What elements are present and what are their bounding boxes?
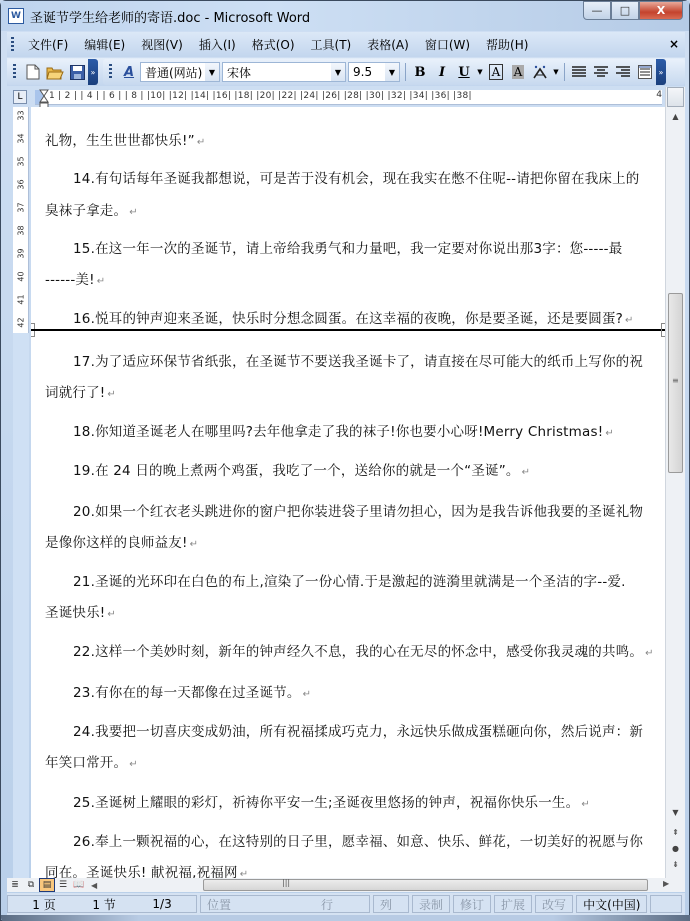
paragraph-mark: ↵ [581,799,590,810]
arrow-down-icon: ▼ [672,808,678,817]
phonetic-guide-icon [532,65,548,79]
chevron-down-icon: ▼ [553,68,558,76]
hanging-indent-marker[interactable] [39,89,49,109]
status-column: 列 [380,896,392,913]
right-indent-marker[interactable]: 4 [656,90,662,100]
align-right-button[interactable] [612,61,634,83]
doc-line: 21.圣诞的光环印在白色的布上,渲染了一份心情.于是激起的涟漪里就满是一个圣洁的… [73,570,626,590]
align-center-button[interactable] [590,61,612,83]
bold-button[interactable]: B [409,61,431,83]
align-right-icon [616,66,630,78]
normal-view-button[interactable]: ≣ [7,878,23,892]
arrow-left-icon: ◀ [91,881,97,890]
horizontal-scroll-thumb[interactable]: ||| [203,879,648,891]
paragraph-mark: ↵ [605,428,614,439]
overtype-indicator[interactable]: 改写 [535,895,573,913]
paragraph-mark: ↵ [190,539,199,550]
horizontal-ruler[interactable]: 1 | 2 | | 4 | | 6 | | 8 | |10| |12| |14|… [35,90,662,105]
doc-line: 22.这样一个美妙时刻，新年的钟声经久不息，我的心在无尽的怀念中，感受你我灵魂的… [73,640,654,660]
doc-line: 14.有句话每年圣诞我都想说，可是苦于没有机会，现在我实在憋不住呢--请把你留在… [73,167,640,187]
paragraph-mark: ↵ [645,648,654,659]
menu-format[interactable]: 格式(O) [244,36,303,53]
print-layout-icon: ▤ [43,880,52,890]
grip-icon: ||| [282,878,290,887]
record-macro-indicator[interactable]: 录制 [412,895,450,913]
language-indicator[interactable]: 中文(中国) [576,895,647,913]
paragraph-mark: ↵ [522,467,531,478]
close-icon: X [657,4,665,17]
status-section: 1 节 [92,896,115,913]
doc-line: 词就行了!↵ [45,381,116,401]
word-app-icon[interactable]: W [8,8,24,24]
save-disk-icon [70,65,85,80]
doc-line: 年笑口常开。↵ [45,751,138,771]
font-size-value: 9.5 [353,65,372,79]
arrow-right-icon: ▶ [663,879,669,888]
doc-line: 15.在这一年一次的圣诞节，请上帝给我勇气和力量吧，我一定要对你说出那3字：您-… [73,237,622,257]
doc-line: 圣诞快乐!↵ [45,601,116,621]
distributed-align-icon [638,65,652,79]
ruler-ticks: 1 | 2 | | 4 | | 6 | | 8 | |10| |12| |14|… [49,91,472,101]
vruler-number: 41 [17,293,26,307]
doc-line: 25.圣诞树上耀眼的彩灯，祈祷你平安一生;圣诞夜里悠扬的钟声，祝福你快乐一生。↵ [73,791,590,811]
normal-view-icon: ≣ [11,880,19,890]
toolbar-separator [564,63,565,81]
outline-view-button[interactable]: ☰ [55,878,71,892]
position-info: 位置 行 [200,895,370,913]
doc-line: 是像你这样的良师益友!↵ [45,531,198,551]
grip-icon: ≡ [672,376,679,385]
open-button[interactable] [44,61,66,83]
split-box-handle[interactable] [667,87,684,107]
paragraph-mark: ↵ [129,759,138,770]
page-info: 1 页 1 节 1/3 [7,895,197,913]
character-border-button[interactable]: A [485,61,507,83]
menu-insert[interactable]: 插入(I) [191,36,244,53]
new-document-icon [26,64,40,80]
menu-help[interactable]: 帮助(H) [478,36,536,53]
menu-edit[interactable]: 编辑(E) [76,36,133,53]
scroll-right-button[interactable]: ▶ [663,879,669,888]
styles-and-formatting-button[interactable]: A [118,61,140,83]
vertical-ruler[interactable]: 33 34 35 36 37 38 39 40 41 42 [13,107,29,333]
vruler-number: 33 [17,109,26,123]
doc-line: 18.你知道圣诞老人在哪里吗?去年他拿走了我的袜子!你也要小心呀!Merry C… [73,420,614,440]
char-border-icon: A [489,64,504,80]
status-empty-cell [650,895,682,913]
toolbar: » A 普通(网站) ▼ 宋体 ▼ 9.5 ▼ B I U ▼ A [7,58,685,86]
doc-line: 17.为了适应环保节省纸张，在圣诞节不要送我圣诞卡了，请直接在尽可能大的纸币上写… [73,350,643,370]
vruler-number: 39 [17,247,26,261]
doc-line: 24.我要把一切喜庆变成奶油，所有祝福揉成巧克力，永远快乐做成蛋糕砸向你，然后说… [73,720,643,740]
ruler-row: L 1 | 2 | | 4 | | 6 | | 8 | |10| |12| |1… [7,87,667,107]
formatting-grip-handle[interactable] [109,64,112,80]
vruler-number: 36 [17,178,26,192]
underline-button[interactable]: U [453,61,475,83]
previous-page-button[interactable]: ⇞ [667,825,684,841]
word-window: W 圣诞节学生给老师的寄语.doc - Microsoft Word — □ X… [0,0,690,921]
paragraph-mark: ↵ [97,276,106,287]
menu-window[interactable]: 窗口(W) [417,36,478,53]
menu-file[interactable]: 文件(F) [20,36,76,53]
save-button[interactable] [66,61,88,83]
browse-object-icon: ● [672,844,679,853]
window-bottom-border [1,915,690,921]
paragraph-mark: ↵ [107,389,116,400]
doc-line: 臭袜子拿走。↵ [45,199,138,219]
phonetic-guide-button[interactable] [529,61,551,83]
menu-table[interactable]: 表格(A) [359,36,417,53]
font-value: 宋体 [227,64,251,81]
maximize-icon: □ [620,4,630,17]
open-folder-icon [46,65,64,80]
vertical-scrollbar[interactable]: ▲ ≡ ▼ ⇞ ● ⇟ [665,87,685,878]
toolbar-separator [405,63,406,81]
phonetic-dropdown[interactable]: ▼ [551,61,561,83]
page-break-line [31,329,665,331]
web-layout-view-button[interactable]: ⧉ [23,878,39,892]
close-document-button[interactable]: × [669,37,679,51]
view-and-hscroll-bar: ≣ ⧉ ▤ ☰ 📖 ◀ ||| ▶ [7,878,685,892]
outline-view-icon: ☰ [59,880,67,890]
char-shading-icon: A [512,65,525,79]
minimize-icon: — [592,4,603,17]
paragraph-mark: ↵ [107,609,116,620]
doc-line: 20.如果一个红衣老头跳进你的窗户把你装进袋子里请勿担心，因为是我告诉他我要的圣… [73,500,643,520]
window-controls: — □ X [583,1,683,20]
column-info: 列 [373,895,409,913]
next-page-button[interactable]: ⇟ [667,857,684,873]
paragraph-mark: ↵ [303,689,312,700]
standard-toolbar: » [7,59,100,85]
toolbar-grip-handle[interactable] [13,64,16,80]
doc-line: ------美!↵ [45,268,105,288]
double-down-icon: ⇟ [672,860,679,869]
doc-line: 26.奉上一颗祝福的心，在这特别的日子里，愿幸福、如意、快乐、鲜花，一切美好的祝… [73,830,643,850]
distributed-align-button[interactable] [634,61,656,83]
menu-tools[interactable]: 工具(T) [303,36,360,53]
select-browse-object-button[interactable]: ● [667,841,684,857]
scroll-left-button[interactable]: ◀ [91,881,101,890]
formatting-toolbar: A 普通(网站) ▼ 宋体 ▼ 9.5 ▼ B I U ▼ A A [103,59,685,85]
print-layout-view-button[interactable]: ▤ [39,878,55,892]
close-button[interactable]: X [639,1,683,20]
maximize-button[interactable]: □ [611,1,639,20]
font-size-select[interactable]: 9.5 ▼ [348,62,400,82]
menubar-grip-handle[interactable] [11,37,14,53]
extend-selection-indicator[interactable]: 扩展 [494,895,532,913]
align-justify-button[interactable] [568,61,590,83]
paragraph-mark: ↵ [129,207,138,218]
style-select[interactable]: 普通(网站) ▼ [140,62,220,82]
status-bar: 1 页 1 节 1/3 位置 行 列 录制 修订 扩展 改写 中文(中国) [7,893,685,915]
paragraph-mark: ↵ [197,137,206,148]
web-view-icon: ⧉ [28,880,34,890]
vruler-number: 40 [17,270,26,284]
reading-view-icon: 📖 [73,880,84,890]
character-shading-button[interactable]: A [507,61,529,83]
vertical-scroll-thumb[interactable]: ≡ [668,293,683,473]
arrow-up-icon: ▲ [672,112,678,121]
vruler-number: 42 [17,316,26,330]
paragraph-mark: ↵ [240,869,249,878]
title-bar: W 圣诞节学生给老师的寄语.doc - Microsoft Word — □ X [1,1,689,31]
vruler-number: 37 [17,201,26,215]
vertical-ruler-next-page [13,333,29,878]
scroll-up-button[interactable]: ▲ [667,109,684,125]
chevron-down-icon: ▼ [385,63,399,81]
track-changes-indicator[interactable]: 修订 [453,895,491,913]
minimize-button[interactable]: — [583,1,611,20]
window-title: 圣诞节学生给老师的寄语.doc - Microsoft Word [30,7,310,26]
underline-dropdown[interactable]: ▼ [475,61,485,83]
double-up-icon: ⇞ [672,828,679,837]
align-center-icon [594,66,608,78]
menu-bar: 文件(F) 编辑(E) 视图(V) 插入(I) 格式(O) 工具(T) 表格(A… [7,32,685,57]
status-position: 位置 [207,896,231,913]
doc-line: 19.在 24 日的晚上煮两个鸡蛋，我吃了一个，送给你的就是一个“圣诞”。↵ [73,459,530,479]
bold-icon: B [415,65,426,80]
underline-icon: U [458,65,469,80]
doc-line: 礼物，生生世世都快乐!”↵ [45,129,205,149]
status-page: 1 页 [32,896,55,913]
styles-formatting-icon: A [124,65,134,80]
tab-selector-button[interactable]: L [13,90,27,104]
chevron-down-icon: ▼ [477,68,482,76]
toolbar-options-button[interactable]: » [88,59,98,85]
vruler-number: 35 [17,155,26,169]
formatting-options-button[interactable]: » [656,59,666,85]
doc-line: 同在。圣诞快乐! 献祝福,祝福网↵ [45,861,248,878]
vruler-number: 34 [17,132,26,146]
doc-line: 16.悦耳的钟声迎来圣诞，快乐时分想念圆蛋。在这幸福的夜晚，你是要圣诞，还是要圆… [73,307,634,327]
doc-line: 23.有你在的每一天都像在过圣诞节。↵ [73,681,311,701]
menu-view[interactable]: 视图(V) [133,36,191,53]
paragraph-mark: ↵ [625,315,634,326]
align-justify-icon [572,66,586,78]
document-area[interactable]: 礼物，生生世世都快乐!”↵ 14.有句话每年圣诞我都想说，可是苦于没有机会，现在… [31,107,665,878]
vruler-number: 38 [17,224,26,238]
italic-icon: I [439,65,445,80]
status-line: 行 [321,896,333,913]
font-select[interactable]: 宋体 ▼ [222,62,346,82]
style-value: 普通(网站) [145,64,202,81]
scroll-down-button[interactable]: ▼ [667,805,684,821]
chevron-down-icon: ▼ [205,63,219,81]
reading-layout-button[interactable]: 📖 [71,878,87,892]
italic-button[interactable]: I [431,61,453,83]
chevron-down-icon: ▼ [331,63,345,81]
status-page-of: 1/3 [152,897,171,911]
new-document-button[interactable] [22,61,44,83]
